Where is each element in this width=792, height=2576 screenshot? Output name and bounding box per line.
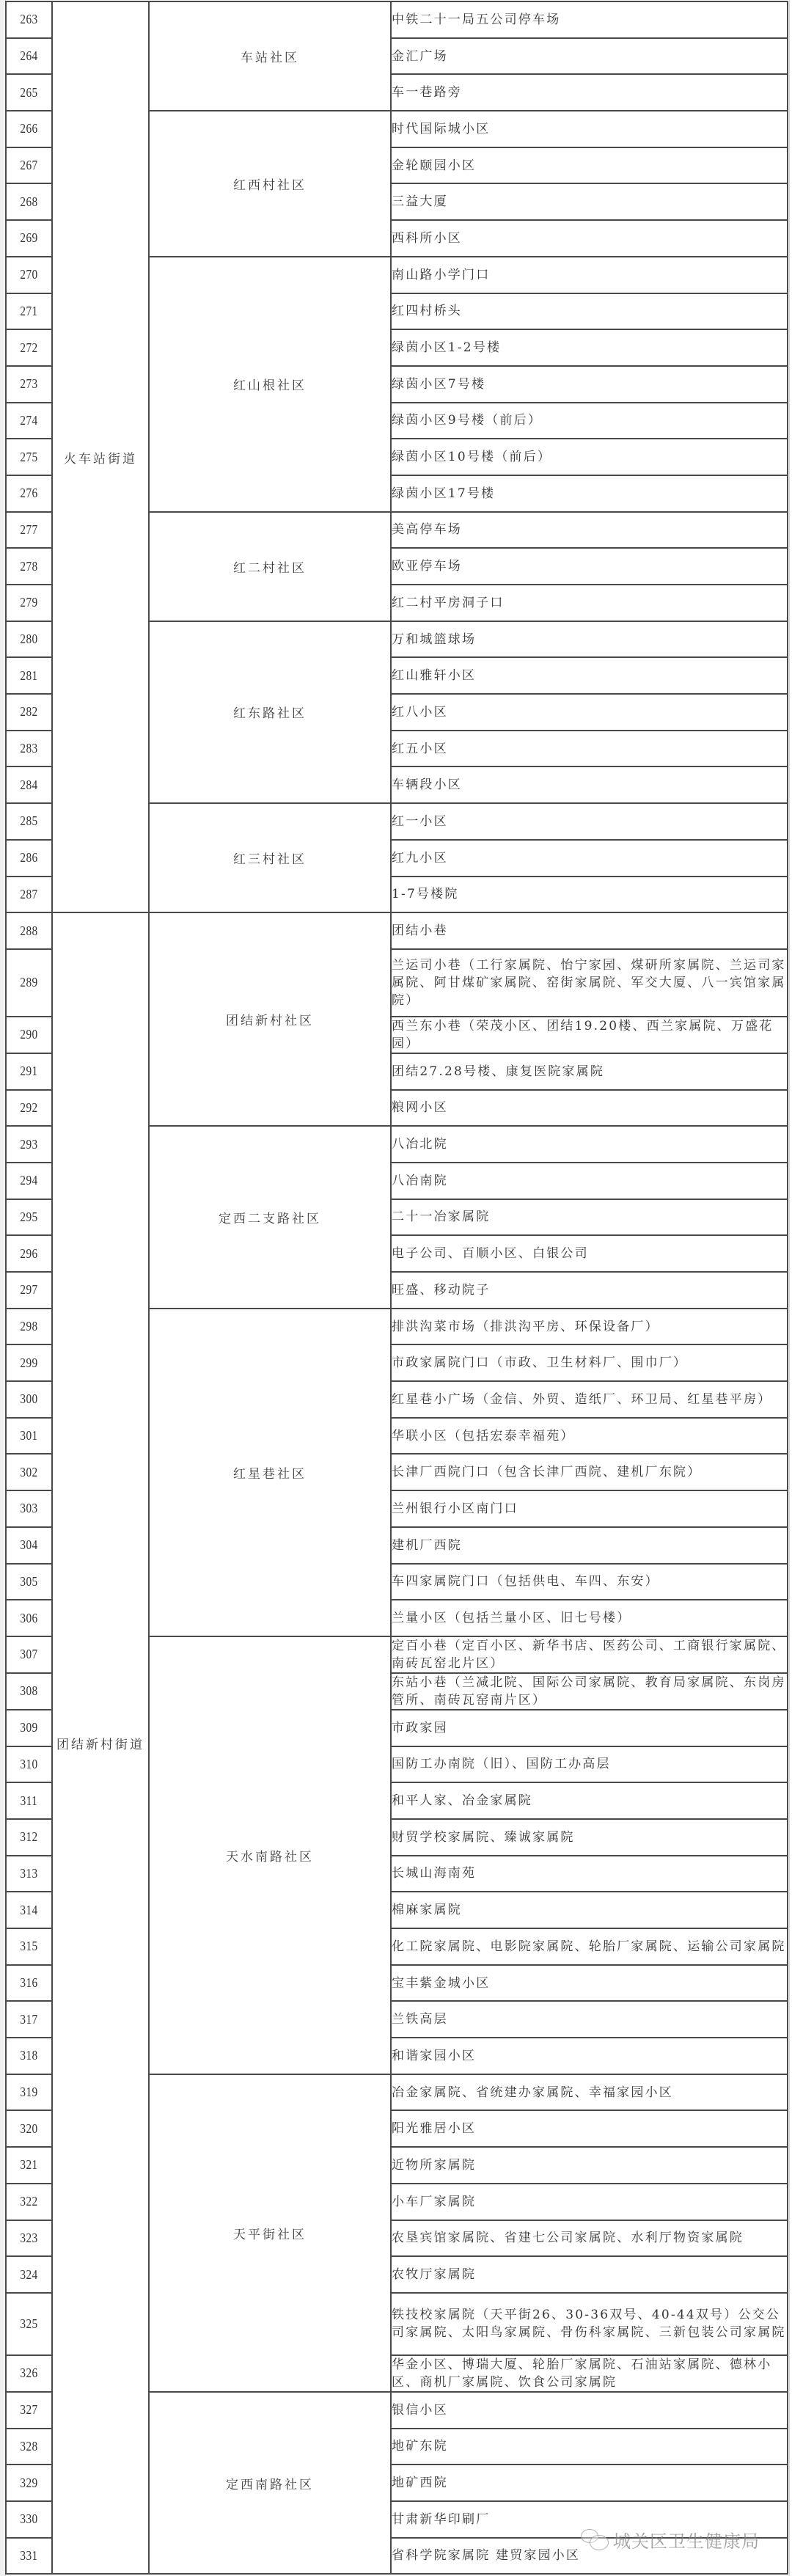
row-number: 268 [10,183,49,220]
row-number: 295 [10,1199,49,1236]
row-number: 309 [10,1710,49,1746]
row-number: 297 [10,1272,49,1309]
site-cell: 冶金家属院、省统建办家属院、幸福家园小区 [391,2074,788,2111]
row-number: 318 [10,2038,49,2074]
site-cell: 阳光雅居小区 [391,2110,788,2147]
row-number: 284 [10,766,49,803]
row-number: 288 [10,912,49,949]
row-number: 294 [10,1163,49,1199]
site-cell: 地矿西院 [391,2465,788,2501]
site-cell: 红五小区 [391,731,788,767]
row-number: 304 [10,1527,49,1564]
site-cell: 宝丰紫金城小区 [391,1965,788,2002]
site-cell: 市政家属院门口（市政、卫生材料厂、围巾厂） [391,1344,788,1381]
site-cell: 绿茵小区7号楼 [391,366,788,403]
site-cell: 铁技校家属院（天平街26、30-36双号、40-44双号）公交公司家属院、太阳鸟… [391,2293,788,2355]
row-number: 296 [10,1235,49,1272]
row-number: 331 [10,2538,49,2575]
site-cell: 定百小巷（定百小区、新华书店、医药公司、工商银行家属院、南砖瓦窑北片区） [391,1636,788,1673]
site-cell: 地矿东院 [391,2429,788,2465]
row-number: 273 [10,366,49,403]
site-cell: 时代国际城小区 [391,111,788,147]
row-number: 315 [10,1928,49,1965]
row-number: 291 [10,1053,49,1090]
site-cell: 农牧厅家属院 [391,2256,788,2293]
row-number: 306 [10,1600,49,1636]
community-cell: 红山根社区 [149,257,391,512]
row-number: 280 [10,621,49,658]
row-number: 269 [10,220,49,257]
site-cell: 美高停车场 [391,512,788,549]
site-cell: 南山路小学门口 [391,257,788,293]
row-number: 323 [10,2220,49,2257]
site-cell: 红八小区 [391,694,788,731]
community-cell: 红东路社区 [149,621,391,803]
site-cell: 兰州银行小区南门口 [391,1490,788,1527]
row-number: 322 [10,2184,49,2220]
row-number: 314 [10,1892,49,1928]
site-cell: 车辆段小区 [391,766,788,803]
row-number: 326 [10,2355,49,2392]
site-cell: 红星巷小广场（金信、外贸、造纸厂、环卫局、红星巷平房） [391,1381,788,1418]
site-cell: 电子公司、百顺小区、白银公司 [391,1235,788,1272]
site-cell: 欧亚停车场 [391,548,788,585]
site-cell: 和谐家园小区 [391,2038,788,2074]
site-cell: 八冶北院 [391,1126,788,1163]
site-cell: 车四家属院门口（包括供电、车四、东安） [391,1564,788,1600]
site-cell: 金轮颐园小区 [391,147,788,184]
site-cell: 团结小巷 [391,912,788,949]
site-cell: 兰量小区（包括兰量小区、旧七号楼） [391,1600,788,1636]
site-cell: 农垦宾馆家属院、省建七公司家属院、水利厅物资家属院 [391,2220,788,2257]
site-cell: 财贸学校家属院、臻诚家属院 [391,1819,788,1856]
row-number: 270 [10,257,49,293]
row-number: 308 [10,1673,49,1710]
site-cell: 长城山海南苑 [391,1856,788,1892]
row-number: 298 [10,1309,49,1345]
row-number: 300 [10,1381,49,1418]
row-number: 263 [10,1,49,38]
row-number: 277 [10,512,49,549]
row-number: 329 [10,2465,49,2501]
row-number: 303 [10,1490,49,1527]
row-number: 328 [10,2429,49,2465]
row-number: 279 [10,585,49,621]
community-cell: 车站社区 [149,1,391,111]
watermark-text: 城关区卫生健康局 [613,2527,760,2553]
site-cell: 红九小区 [391,840,788,877]
community-cell: 天平街社区 [149,2074,391,2392]
community-cell: 团结新村社区 [149,912,391,1126]
site-cell: 银信小区 [391,2392,788,2429]
row-number: 327 [10,2392,49,2429]
site-cell: 兰铁高层 [391,2001,788,2038]
site-cell: 车一巷路旁 [391,74,788,111]
community-cell: 定西南路社区 [149,2392,391,2574]
row-number: 281 [10,657,49,694]
site-cell: 中铁二十一局五公司停车场 [391,1,788,38]
row-number: 330 [10,2501,49,2538]
sampling-sites-table: 263 火车站街道 车站社区 中铁二十一局五公司停车场 264 金汇广场 265… [5,1,788,2575]
row-number: 285 [10,803,49,840]
site-cell: 长津厂西院门口（包含长津厂西院、建机厂东院） [391,1454,788,1490]
site-cell: 国防工办南院（旧）、国防工办高层 [391,1746,788,1783]
row-number: 311 [10,1782,49,1819]
street-cell: 团结新村街道 [52,912,149,2574]
row-number: 325 [10,2293,49,2355]
community-cell: 天水南路社区 [149,1636,391,2074]
row-number: 264 [10,38,49,75]
row-number: 310 [10,1746,49,1783]
row-number: 293 [10,1126,49,1163]
street-cell: 火车站街道 [52,1,149,912]
community-cell: 红西村社区 [149,111,391,257]
row-number: 267 [10,147,49,184]
row-number: 324 [10,2256,49,2293]
community-cell: 红二村社区 [149,512,391,621]
site-cell: 和平人家、冶金家属院 [391,1782,788,1819]
row-number: 274 [10,403,49,439]
row-number: 312 [10,1819,49,1856]
site-cell: 华联小区（包括宏泰幸福苑） [391,1418,788,1455]
site-cell: 绿茵小区10号楼（前后） [391,439,788,475]
site-cell: 红二村平房洞子口 [391,585,788,621]
row-number: 276 [10,475,49,512]
row-number: 290 [10,1017,49,1053]
site-cell: 红四村桥头 [391,293,788,330]
row-number: 287 [10,877,49,913]
site-cell: 华金小区、博瑞大厦、轮胎厂家属院、石油站家属院、德林小区、商机厂家属院、饮食公司… [391,2355,788,2392]
site-cell: 二十一冶家属院 [391,1199,788,1236]
site-cell: 绿茵小区9号楼（前后） [391,403,788,439]
site-cell: 排洪沟菜市场（排洪沟平房、环保设备厂） [391,1309,788,1345]
site-cell: 绿茵小区17号楼 [391,475,788,512]
site-cell: 棉麻家属院 [391,1892,788,1928]
row-number: 302 [10,1454,49,1490]
site-cell: 八冶南院 [391,1163,788,1199]
site-cell: 红山雅轩小区 [391,657,788,694]
row-number: 317 [10,2001,49,2038]
site-cell: 旺盛、移动院子 [391,1272,788,1309]
site-cell: 团结27.28号楼、康复医院家属院 [391,1053,788,1090]
site-cell: 红一小区 [391,803,788,840]
community-cell: 红星巷社区 [149,1309,391,1636]
site-cell: 化工院家属院、电影院家属院、轮胎厂家属院、运输公司家属院 [391,1928,788,1965]
site-cell: 西兰东小巷（荣茂小区、团结19.20楼、西兰家属院、万盛花园） [391,1017,788,1053]
site-cell: 1-7号楼院 [391,877,788,913]
row-number: 319 [10,2074,49,2111]
site-cell: 粮网小区 [391,1090,788,1127]
site-cell: 万和城篮球场 [391,621,788,658]
row-number: 282 [10,694,49,731]
row-number: 275 [10,439,49,475]
row-number: 321 [10,2147,49,2184]
page-right-margin [789,0,790,2576]
row-number: 292 [10,1090,49,1127]
site-cell: 兰运司小巷（工行家属院、怡宁家园、煤研所家属院、兰运司家属院、阿甘煤矿家属院、窑… [391,949,788,1017]
table-row: 263 火车站街道 车站社区 中铁二十一局五公司停车场 [6,1,788,38]
site-cell: 绿茵小区1-2号楼 [391,329,788,366]
site-cell: 金汇广场 [391,38,788,75]
table-row: 288 团结新村街道 团结新村社区 团结小巷 [6,912,788,949]
site-cell: 市政家园 [391,1710,788,1746]
row-number: 272 [10,329,49,366]
row-number: 278 [10,548,49,585]
row-number: 286 [10,840,49,877]
row-number: 313 [10,1856,49,1892]
row-number: 305 [10,1564,49,1600]
row-number: 299 [10,1344,49,1381]
row-number: 289 [10,949,49,1017]
community-cell: 红三村社区 [149,803,391,912]
site-cell: 东站小巷（兰减北院、国际公司家属院、教育局家属院、东岗房管所、南砖瓦窑南片区） [391,1673,788,1710]
row-number: 316 [10,1965,49,2002]
publisher-watermark: 城关区卫生健康局 [579,2525,760,2554]
row-number: 271 [10,293,49,330]
row-number: 283 [10,731,49,767]
community-cell: 定西二支路社区 [149,1126,391,1308]
site-cell: 小车厂家属院 [391,2184,788,2220]
site-cell: 三益大厦 [391,183,788,220]
site-cell: 建机厂西院 [391,1527,788,1564]
row-number: 301 [10,1418,49,1455]
row-number: 320 [10,2110,49,2147]
row-number: 266 [10,111,49,147]
site-cell: 近物所家属院 [391,2147,788,2184]
row-number: 265 [10,74,49,111]
site-cell: 西科所小区 [391,220,788,257]
row-number: 307 [10,1636,49,1673]
wechat-icon [579,2528,609,2551]
